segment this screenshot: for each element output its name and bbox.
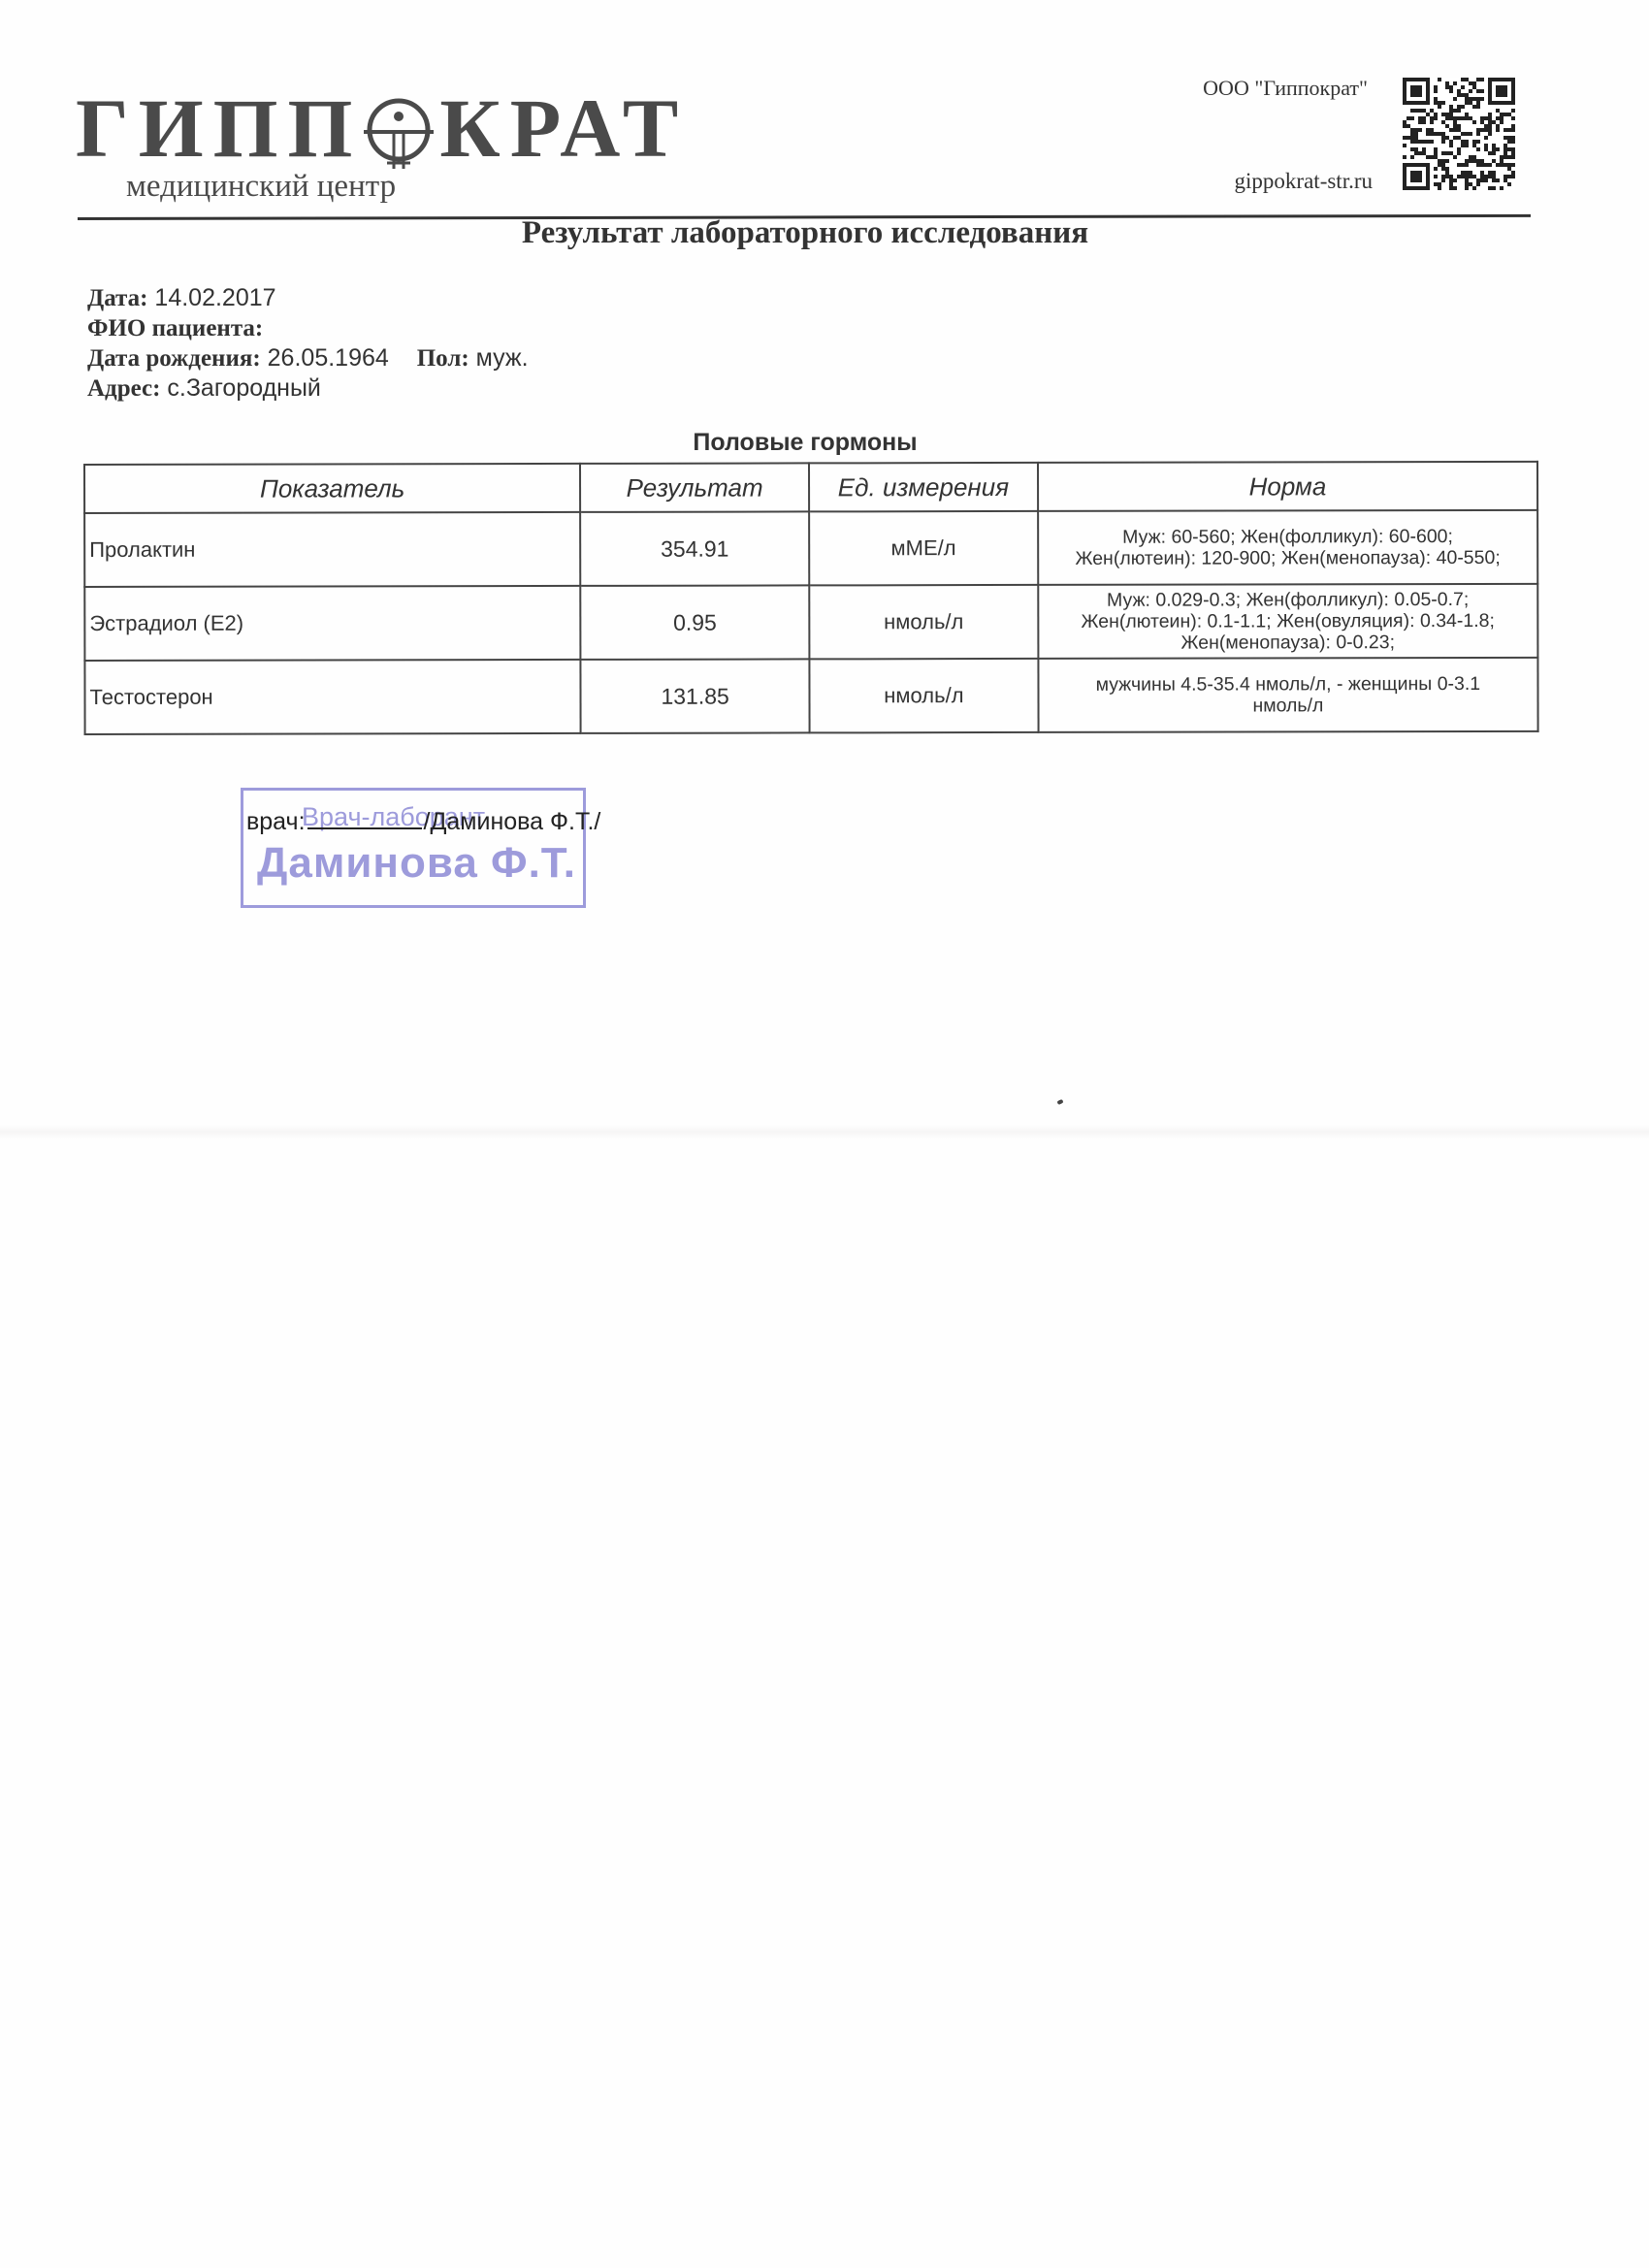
norm-line: Муж: 0.029-0.3; Жен(фолликул): 0.05-0.7; bbox=[1040, 589, 1536, 611]
document-title: Результат лабораторного исследования bbox=[0, 215, 1610, 251]
lab-result-page: ГИППКРАТ медицинский центр ООО "Гиппокра… bbox=[0, 0, 1649, 2268]
birth-row: Дата рождения: 26.05.1964 Пол: муж. bbox=[87, 343, 529, 373]
date-label: Дата: bbox=[87, 285, 147, 311]
logo-subtitle: медицинский центр bbox=[126, 169, 396, 205]
paper-fold bbox=[0, 1125, 1649, 1139]
doctor-signature: врач:/Даминова Ф.Т./ bbox=[246, 806, 600, 836]
address-label: Адрес: bbox=[87, 375, 160, 402]
table-header-row: Показатель Результат Ед. измерения Норма bbox=[84, 462, 1537, 513]
column-header-norm: Норма bbox=[1038, 462, 1537, 511]
stamp-name: Даминова Ф.Т. bbox=[257, 839, 576, 888]
signature-line bbox=[307, 806, 422, 829]
signature-prefix: врач: bbox=[246, 808, 306, 835]
date-value: 14.02.2017 bbox=[154, 284, 275, 311]
norm-line: Муж: 60-560; Жен(фолликул): 60-600; bbox=[1040, 526, 1536, 548]
norm-line: мужчины 4.5-35.4 нмоль/л, - женщины 0-3.… bbox=[1040, 673, 1536, 696]
indicator-cell: Тестостерон bbox=[84, 660, 580, 734]
table-row: Пролактин354.91мМЕ/лМуж: 60-560; Жен(фол… bbox=[84, 510, 1537, 587]
unit-cell: нмоль/л bbox=[809, 659, 1038, 732]
table-row: Эстрадиол (Е2)0.95нмоль/лМуж: 0.029-0.3;… bbox=[84, 584, 1537, 661]
section-title: Половые гормоны bbox=[0, 429, 1610, 457]
sex-label: Пол: bbox=[417, 345, 469, 372]
address-row: Адрес: с.Загородный bbox=[87, 373, 529, 404]
norm-cell: мужчины 4.5-35.4 нмоль/л, - женщины 0-3.… bbox=[1038, 658, 1537, 732]
indicator-cell: Эстрадиол (Е2) bbox=[84, 586, 580, 661]
norm-line: нмоль/л bbox=[1040, 695, 1536, 717]
scan-speck bbox=[1056, 1099, 1063, 1105]
patient-info: Дата: 14.02.2017 ФИО пациента: Дата рожд… bbox=[87, 283, 529, 404]
column-header-result: Результат bbox=[580, 463, 809, 511]
sex-value: муж. bbox=[476, 344, 529, 372]
indicator-cell: Пролактин bbox=[84, 512, 580, 587]
website-link[interactable]: gippokrat-str.ru bbox=[1235, 169, 1373, 194]
patient-name-row: ФИО пациента: bbox=[87, 313, 529, 343]
table-row: Тестостерон131.85нмоль/лмужчины 4.5-35.4… bbox=[84, 658, 1537, 734]
address-value: с.Загородный bbox=[167, 374, 321, 402]
result-cell: 0.95 bbox=[580, 585, 809, 659]
results-table: Показатель Результат Ед. измерения Норма… bbox=[83, 461, 1539, 735]
unit-cell: мМЕ/л bbox=[809, 511, 1038, 585]
result-cell: 131.85 bbox=[581, 659, 810, 732]
column-header-indicator: Показатель bbox=[84, 464, 580, 513]
circle-crosshair-icon bbox=[362, 80, 436, 177]
unit-cell: нмоль/л bbox=[809, 585, 1038, 659]
logo-text-left: ГИПП bbox=[76, 80, 362, 177]
column-header-unit: Ед. измерения bbox=[809, 463, 1038, 511]
logo-wordmark: ГИППКРАТ bbox=[76, 80, 688, 177]
company-name: ООО "Гиппократ" bbox=[1203, 76, 1368, 101]
qr-code-icon bbox=[1403, 78, 1515, 190]
result-cell: 354.91 bbox=[580, 511, 809, 585]
norm-line: Жен(лютеин): 0.1-1.1; Жен(овуляция): 0.3… bbox=[1040, 610, 1536, 632]
norm-cell: Муж: 60-560; Жен(фолликул): 60-600;Жен(л… bbox=[1038, 510, 1537, 585]
patient-name-label: ФИО пациента: bbox=[87, 315, 263, 341]
birth-value: 26.05.1964 bbox=[268, 344, 389, 372]
logo-text-right: КРАТ bbox=[439, 80, 688, 177]
date-row: Дата: 14.02.2017 bbox=[87, 283, 529, 313]
norm-line: Жен(лютеин): 120-900; Жен(менопауза): 40… bbox=[1040, 547, 1536, 569]
norm-cell: Муж: 0.029-0.3; Жен(фолликул): 0.05-0.7;… bbox=[1038, 584, 1537, 659]
birth-label: Дата рождения: bbox=[87, 345, 261, 372]
norm-line: Жен(менопауза): 0-0.23; bbox=[1040, 632, 1536, 654]
signature-name: /Даминова Ф.Т./ bbox=[424, 808, 601, 835]
